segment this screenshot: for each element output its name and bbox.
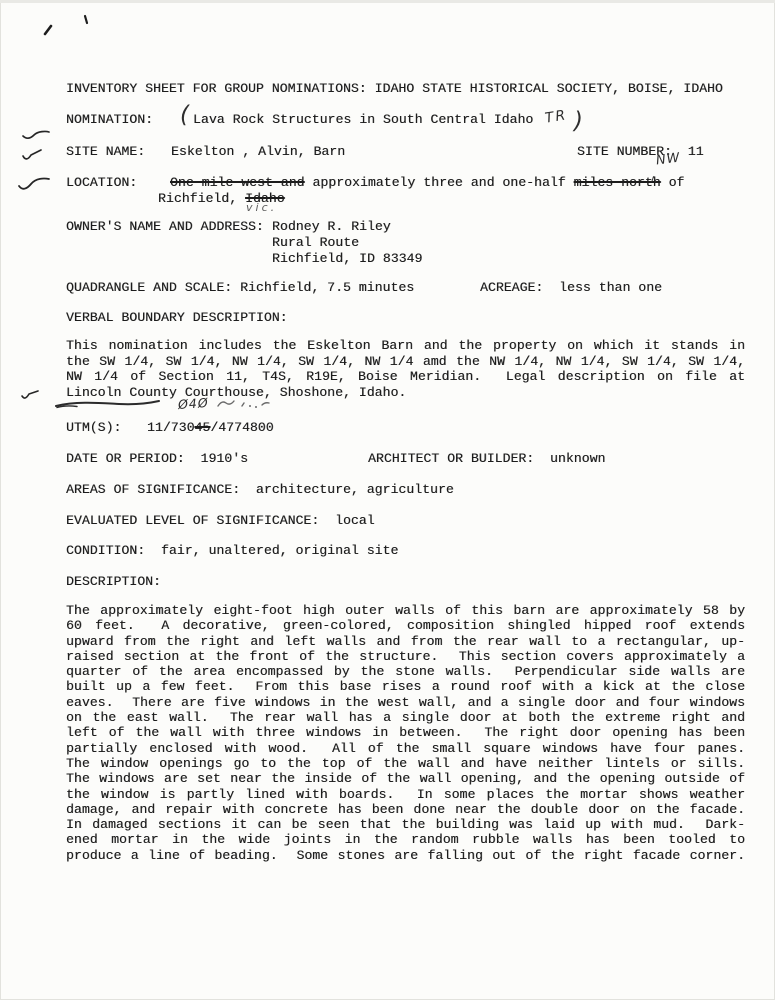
owner-address-line: Richfield, ID 83349: [272, 252, 422, 266]
site-name-label: SITE NAME:: [66, 145, 145, 159]
nomination-value: Lava Rock Structures in South Central Id…: [193, 113, 533, 127]
boundary-paragraph: This nomination includes the Eskelton Ba…: [66, 338, 745, 400]
text-line: damage, and repair with concrete has bee…: [66, 802, 745, 817]
evaluated-level-of-significance: EVALUATED LEVEL OF SIGNIFICANCE: local: [66, 514, 375, 528]
site-name-value: Eskelton , Alvin, Barn: [171, 145, 345, 159]
handwritten-tr-annotation: TR: [544, 107, 569, 126]
owner-address-line: Rural Route: [272, 236, 359, 250]
text-line: built up a few feet. From this base rise…: [66, 679, 745, 694]
text-line: upward from the right and left walls and…: [66, 634, 745, 649]
struck-text: miles north: [574, 175, 661, 190]
text-line: quarter of the area encompassed by the s…: [66, 664, 745, 679]
location-text: Richfield,: [158, 191, 245, 206]
description-label: DESCRIPTION:: [66, 575, 161, 589]
handwritten-vic-annotation: vic.: [246, 201, 277, 214]
location-label: LOCATION:: [66, 176, 137, 190]
text-line: the SW 1/4, SW 1/4, NW 1/4, SW 1/4, NW 1…: [66, 354, 745, 370]
owner-address-line: Rodney R. Riley: [272, 220, 391, 234]
areas-of-significance: AREAS OF SIGNIFICANCE: architecture, agr…: [66, 483, 454, 497]
struck-text: 45: [194, 420, 210, 435]
location-line1: One mile west and approximately three an…: [170, 176, 684, 190]
margin-checkmark-annotation: [17, 176, 51, 192]
verbal-boundary-label: VERBAL BOUNDARY DESCRIPTION:: [66, 311, 288, 325]
text-line: produce a line of beading. Some stones a…: [66, 848, 745, 863]
text-line: raised section at the front of the struc…: [66, 649, 745, 664]
architect-or-builder: ARCHITECT OR BUILDER: unknown: [368, 452, 605, 466]
location-text: of: [661, 175, 685, 190]
utm-label: UTM(S):: [66, 421, 121, 435]
description-paragraph: The approximately eight-foot high outer …: [66, 603, 745, 863]
margin-checkmark-annotation: [22, 127, 51, 142]
handwritten-paren-open-annotation: (: [180, 104, 189, 127]
ink-speck: [83, 15, 91, 25]
handwritten-utm-correction-annotation: Ø4Ø: [178, 395, 210, 412]
text-line: 60 feet. A decorative, green-colored, co…: [66, 618, 745, 633]
scan-edge: [0, 0, 775, 3]
condition: CONDITION: fair, unaltered, original sit…: [66, 544, 398, 558]
utm-text: 11/730: [147, 420, 194, 435]
handwritten-caret-annotation: ∧: [650, 174, 657, 185]
site-number: SITE NUMBER: 11: [577, 145, 704, 159]
struck-text: One mile west and: [170, 175, 305, 190]
text-line: The window openings go to the top of the…: [66, 756, 745, 771]
location-text: approximately three and one-half: [305, 175, 574, 190]
text-line: on the east wall. The rear wall has a si…: [66, 710, 745, 725]
text-line: the window is partly lined with boards. …: [66, 787, 745, 802]
text-line: left of the wall with three windows in b…: [66, 725, 745, 740]
text-line: NW 1/4 of Section 11, T4S, R19E, Boise M…: [66, 369, 745, 385]
lincoln-underline-annotation: [55, 399, 161, 409]
text-line: The windows are set near the inside of t…: [66, 771, 745, 786]
date-or-period: DATE OR PERIOD: 1910's: [66, 452, 248, 466]
text-line: Lincoln County Courthouse, Shoshone, Ida…: [66, 385, 745, 401]
owner-label: OWNER'S NAME AND ADDRESS:: [66, 220, 264, 234]
handwritten-nw-annotation: NW: [655, 151, 681, 169]
utm-text: /4774800: [210, 420, 273, 435]
text-line: eaves. There are five windows in the wes…: [66, 695, 745, 710]
ink-speck: [43, 25, 53, 37]
text-line: partially enclosed with wood. All of the…: [66, 741, 745, 756]
nomination-label: NOMINATION:: [66, 113, 153, 127]
text-line: ened mortar in the wide joints in the ra…: [66, 832, 745, 847]
acreage: ACREAGE: less than one: [480, 281, 662, 295]
document-page: INVENTORY SHEET FOR GROUP NOMINATIONS: I…: [0, 0, 775, 1000]
page-title: INVENTORY SHEET FOR GROUP NOMINATIONS: I…: [66, 82, 723, 96]
text-line: In damaged sections it can be seen that …: [66, 817, 745, 832]
text-line: The approximately eight-foot high outer …: [66, 603, 745, 618]
utm-scribble-annotation: [216, 397, 272, 411]
quadrangle-scale: QUADRANGLE AND SCALE: Richfield, 7.5 min…: [66, 281, 414, 295]
handwritten-paren-close-annotation: ): [574, 110, 583, 133]
utm-value: 11/73045/4774800: [147, 421, 274, 435]
margin-checkmark-annotation: [21, 388, 40, 401]
margin-checkmark-annotation: [22, 148, 43, 162]
text-line: This nomination includes the Eskelton Ba…: [66, 338, 745, 354]
